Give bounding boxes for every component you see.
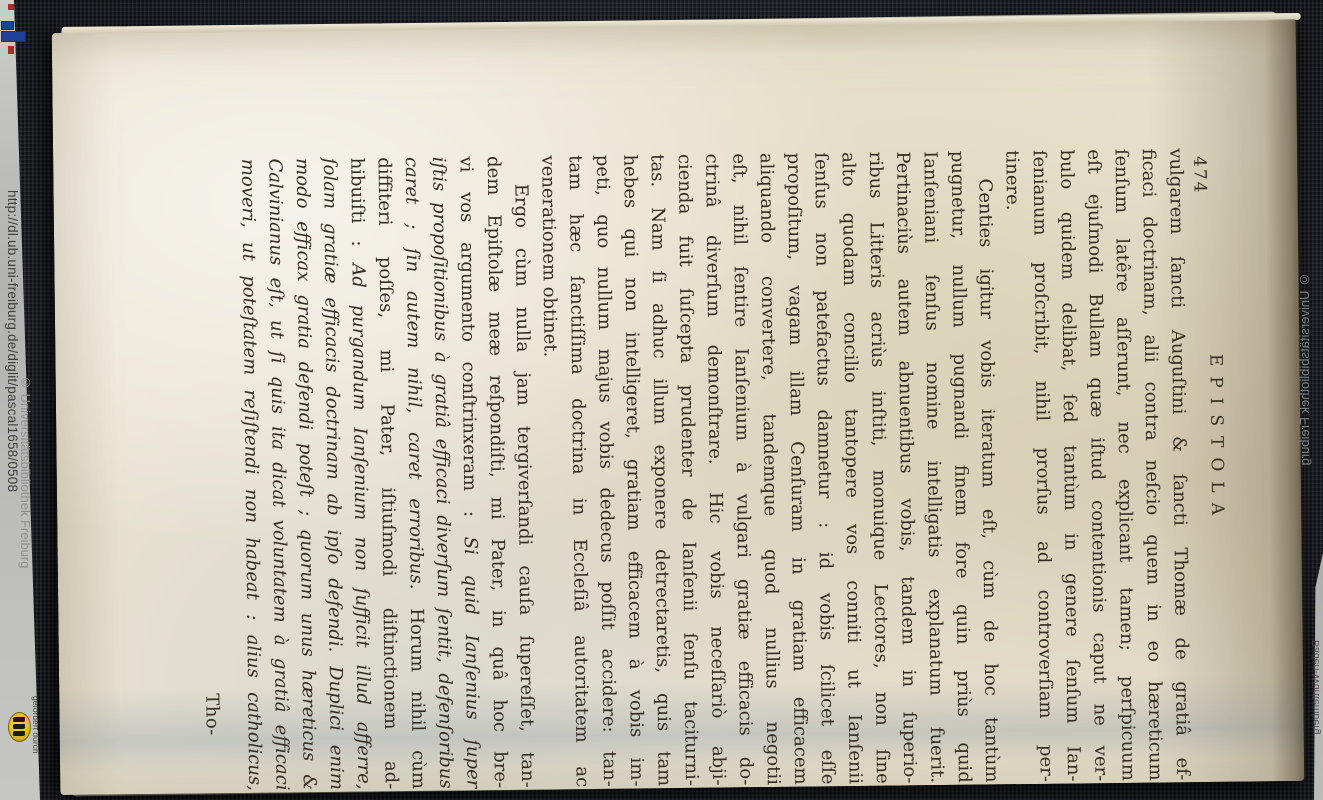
- logo-red-square-icon: [8, 46, 14, 54]
- logo-blue-bar-icon: [1, 31, 26, 42]
- page-header: EPISTOLA: [1205, 354, 1227, 525]
- logo-blue-bar-icon: [1, 21, 14, 30]
- book-page: 474 EPISTOLA vulgarem ſancti Auguſtini &…: [52, 19, 1305, 795]
- catchword: Tho-: [201, 693, 222, 736]
- copyright-label-mirrored: © Universitätsbibliothek Freiburg: [1297, 272, 1312, 465]
- scan-viewport: 474 EPISTOLA vulgarem ſancti Auguſtini &…: [0, 0, 1323, 800]
- state-label-mirrored: Baden-Württemberg: [1310, 640, 1322, 735]
- funding-label: gefördert durch: [31, 696, 41, 754]
- page-number: 474: [1189, 156, 1209, 195]
- library-logo: [0, 0, 30, 60]
- text-block: vulgarem ſancti Auguſtini & ſancti Thomæ…: [229, 148, 1196, 791]
- baden-wuerttemberg-coat-of-arms-icon: [8, 712, 31, 742]
- copyright-label: © Universitätsbibliothek Freiburg: [18, 375, 33, 568]
- logo-red-square-icon: [8, 4, 14, 10]
